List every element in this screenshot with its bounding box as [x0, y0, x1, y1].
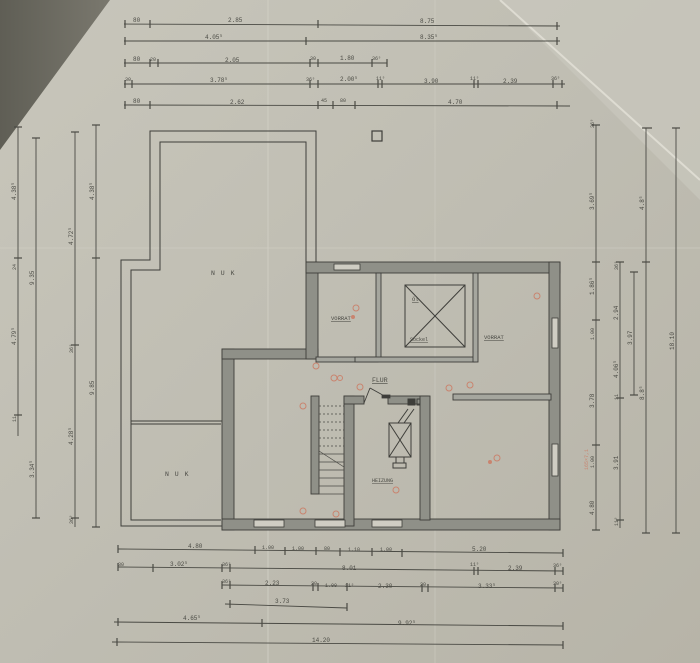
- dim-label: 3.02⁵: [170, 561, 188, 568]
- dim-label: 2.85: [228, 17, 243, 24]
- dim-label: 9.35: [29, 270, 36, 285]
- room-label-vorrat-right: VORRAT: [484, 334, 505, 341]
- dim-label: 4.06⁵: [613, 360, 620, 378]
- dim-label: 36⁵: [222, 579, 231, 585]
- room-label-ol: Öl: [412, 296, 419, 303]
- dim-label: 11⁵: [376, 76, 385, 82]
- dim-label: 30: [118, 562, 124, 568]
- dim-label: 80: [340, 98, 346, 104]
- dim-label: 11⁵: [345, 583, 354, 589]
- dim-label: 2.94: [613, 305, 620, 320]
- dim-label: 24: [12, 264, 18, 270]
- red-annotation: 165×7,1: [584, 449, 590, 470]
- dim-label: 36⁵: [69, 344, 75, 353]
- dim-label: 3.78: [589, 393, 596, 408]
- dim-label: 3.91: [613, 455, 620, 470]
- dim-label: 1.00: [325, 583, 337, 589]
- dim-label: 4.80: [589, 500, 596, 515]
- dim-label: 20: [420, 582, 426, 588]
- dim-label: 2.00⁵: [340, 76, 358, 83]
- dim-label: 4.28⁵: [68, 427, 75, 445]
- dim-label: 1.00: [292, 546, 304, 552]
- dim-label: 2.05: [225, 57, 240, 64]
- dim-label: 2.23: [265, 580, 280, 587]
- dim-label: 1.00: [262, 545, 274, 551]
- dim-label: 2.30: [378, 583, 393, 590]
- dim-label: 4.72⁵: [68, 227, 75, 245]
- dim-label: 30: [125, 77, 131, 83]
- dim-label: 36⁵: [553, 563, 562, 569]
- dim-label: 1.80: [340, 55, 355, 62]
- dim-label: 8.8⁵: [639, 386, 646, 400]
- dim-label: 2.62: [230, 99, 245, 106]
- dim-label: 11: [12, 416, 18, 422]
- dim-label: 1.10: [348, 547, 360, 553]
- dim-label: 20: [311, 581, 317, 587]
- dim-label: 80: [324, 546, 330, 552]
- dim-label: 1.00: [590, 328, 596, 340]
- room-label-nuk-lower: N U K: [165, 471, 190, 478]
- dim-label: 80: [133, 98, 141, 105]
- dim-label: 80: [133, 17, 141, 24]
- dim-label: 4.80: [188, 543, 203, 550]
- dim-label: 1.00: [590, 456, 596, 468]
- room-label-vorrat-left: VORRAT: [331, 315, 352, 322]
- dim-label: 4.70: [448, 99, 463, 106]
- dim-label: 20: [150, 57, 156, 63]
- dim-label: 2.39: [508, 565, 523, 572]
- dim-label: 45: [321, 98, 327, 104]
- dim-label: 3.78⁵: [210, 77, 228, 84]
- dim-label: 4.38⁵: [89, 182, 96, 200]
- dim-label: 18.10: [669, 332, 676, 350]
- dim-label: 11⁵: [614, 517, 620, 526]
- dim-label: 30⁵: [553, 581, 562, 587]
- dim-label: 4.8⁵: [639, 196, 646, 210]
- dim-label: 9.92⁵: [398, 620, 416, 627]
- dim-label: 3.33⁵: [478, 583, 496, 590]
- dim-label: 36⁵: [222, 562, 231, 568]
- dim-label: 4.05⁵: [205, 34, 223, 41]
- dim-label: 36⁵: [551, 76, 560, 82]
- dim-label: 4.38⁵: [11, 182, 18, 200]
- dim-label: 2.39: [503, 78, 518, 85]
- dim-label: 1.00: [380, 547, 392, 553]
- floor-plan-sheet: 80 2.85 8.75 4.05⁵ 8.35⁵ 80 20 2.05 30 1…: [0, 0, 700, 663]
- dim-label: 36⁵: [590, 119, 596, 128]
- floor-plan-drawing: 80 2.85 8.75 4.05⁵ 8.35⁵ 80 20 2.05 30 1…: [0, 0, 700, 663]
- dim-label: 11⁵: [470, 562, 479, 568]
- room-label-sockel: Sockel: [410, 337, 428, 343]
- dim-label: 8.35⁵: [420, 34, 438, 41]
- dim-label: 36⁵: [69, 515, 75, 524]
- dim-label: 11: [614, 394, 620, 400]
- dim-label: 36⁵: [306, 77, 315, 83]
- room-label-nuk-upper: N U K: [211, 270, 236, 277]
- dim-label: 4.65⁵: [183, 615, 201, 622]
- dim-label: 3.69⁵: [589, 192, 596, 210]
- dim-label: 8.01: [342, 565, 357, 572]
- dim-label: 36⁵: [372, 56, 381, 62]
- dim-label: 30: [310, 56, 316, 62]
- dim-label: 9.85: [89, 380, 96, 395]
- dim-label: 3.73: [275, 598, 290, 605]
- dim-label: 14.20: [312, 637, 330, 644]
- dim-label: 80: [133, 56, 141, 63]
- dim-label: 5.20: [472, 546, 487, 553]
- dim-label: 3.97: [627, 330, 634, 345]
- dim-label: 8.75: [420, 18, 435, 25]
- dim-label: 11⁵: [470, 76, 479, 82]
- dim-label: 3.34⁵: [29, 460, 36, 478]
- dim-label: 3.90: [424, 78, 439, 85]
- dim-label: 4.79⁵: [11, 327, 18, 345]
- dim-label: 1.86⁵: [589, 277, 596, 295]
- room-label-flur: FLUR: [372, 377, 388, 384]
- room-label-heizung: HEIZUNG: [372, 478, 393, 484]
- dim-label: 36⁵: [614, 261, 620, 270]
